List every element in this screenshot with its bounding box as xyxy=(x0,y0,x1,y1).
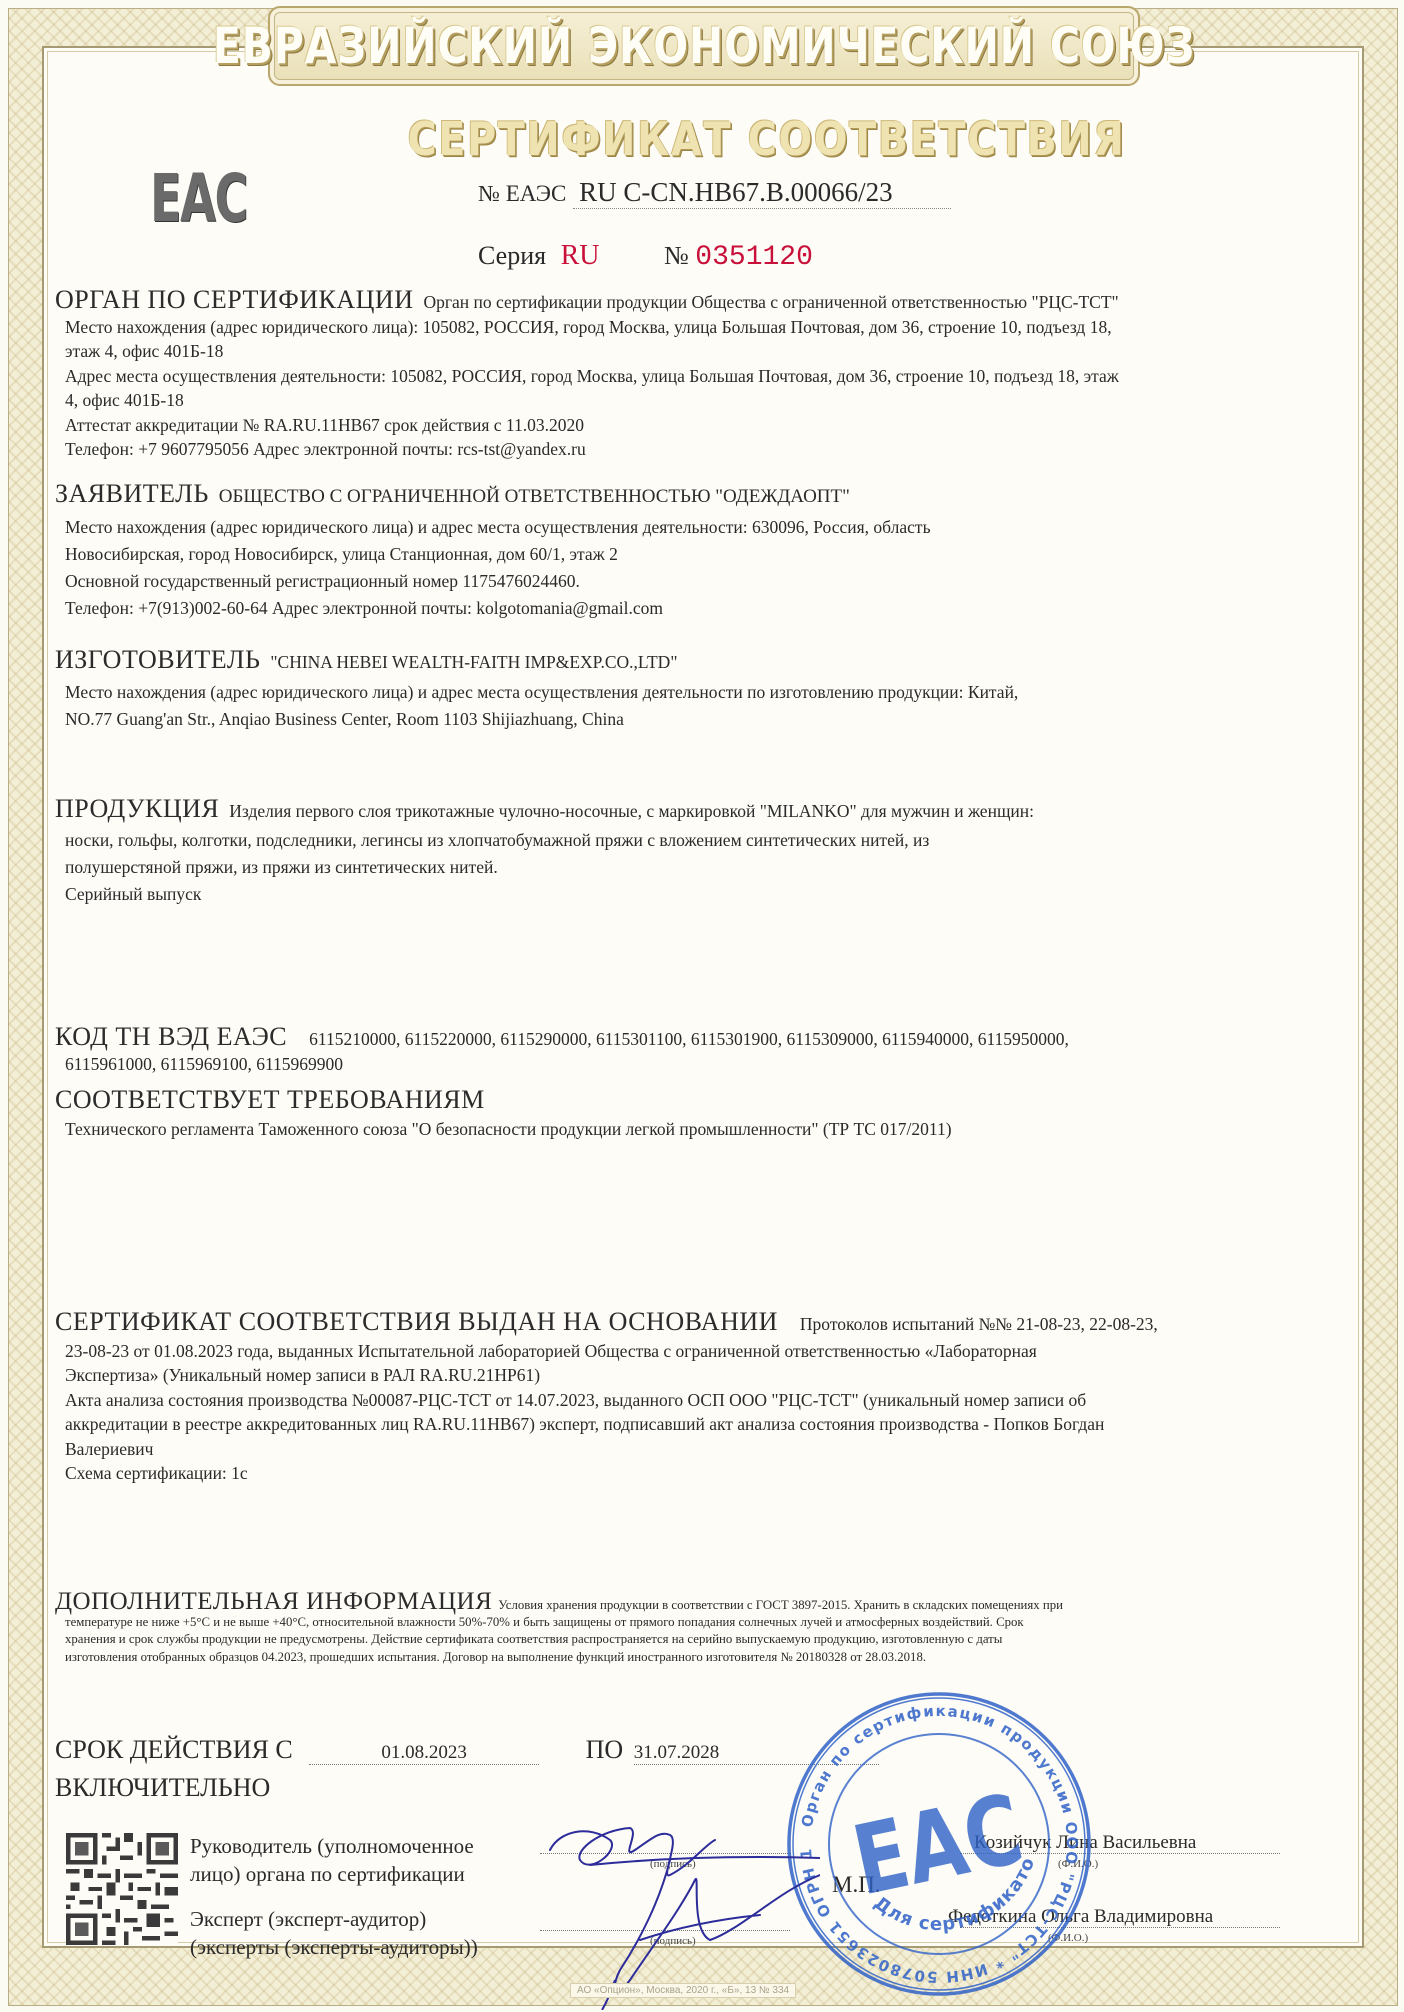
qr-code-icon xyxy=(66,1833,178,1945)
handwritten-signatures xyxy=(520,1820,820,2010)
basis-line: Экспертиза» (Уникальный номер записи в Р… xyxy=(55,1363,1345,1388)
requirements-text: Технического регламента Таможенного союз… xyxy=(55,1117,1345,1142)
section-heading: КОД ТН ВЭД ЕАЭС xyxy=(55,1022,287,1051)
registration-number-row: № ЕАЭС RU C-CN.HB67.B.00066/23 xyxy=(478,177,951,209)
expert-label: Эксперт (эксперт-аудитор) (эксперты (экс… xyxy=(190,1905,478,1961)
basis-line: Акта анализа состояния производства №000… xyxy=(55,1388,1345,1413)
section-product: ПРОДУКЦИЯИзделия первого слоя трикотажны… xyxy=(55,797,1345,908)
organ-line: этаж 4, офис 401Б-18 xyxy=(55,339,1345,364)
expert-label-line: (эксперты (эксперты-аудиторы)) xyxy=(190,1933,478,1961)
section-heading: ИЗГОТОВИТЕЛЬ xyxy=(55,645,260,674)
head-label-line: лицо) органа по сертификации xyxy=(190,1860,474,1888)
valid-to-label: ПО xyxy=(586,1735,624,1764)
validity-period: СРОК ДЕЙСТВИЯ С 01.08.2023 ПО 31.07.2028 xyxy=(55,1735,879,1765)
section-manufacturer: ИЗГОТОВИТЕЛЬ"CHINA HEBEI WEALTH-FAITH IM… xyxy=(55,648,1345,733)
section-heading: ПРОДУКЦИЯ xyxy=(55,794,219,823)
inclusive-label: ВКЛЮЧИТЕЛЬНО xyxy=(55,1773,270,1803)
organ-line: Место нахождения (адрес юридического лиц… xyxy=(55,315,1345,340)
section-heading: СООТВЕТСТВУЕТ ТРЕБОВАНИЯМ xyxy=(55,1088,1335,1113)
section-issued-on-basis: СЕРТИФИКАТ СООТВЕТСТВИЯ ВЫДАН НА ОСНОВАН… xyxy=(55,1310,1345,1486)
blank-number-label: № xyxy=(664,241,689,270)
organ-line: Адрес места осуществления деятельности: … xyxy=(55,364,1345,389)
basis-line: Валериевич xyxy=(55,1437,1345,1462)
section-requirements: СООТВЕТСТВУЕТ ТРЕБОВАНИЯМ Технического р… xyxy=(55,1088,1345,1141)
basis-line: 23-08-23 от 01.08.2023 года, выданных Ис… xyxy=(55,1339,1345,1364)
eac-logo-icon: ЕАС xyxy=(150,160,220,260)
organ-name: Орган по сертификации продукции Общества… xyxy=(423,292,1118,312)
series-row: Серия RU № 0351120 xyxy=(478,240,813,273)
section-heading: ДОПОЛНИТЕЛЬНАЯ ИНФОРМАЦИЯ xyxy=(55,1588,492,1615)
registration-number: RU C-CN.HB67.B.00066/23 xyxy=(573,177,951,209)
additional-text: Условия хранения продукции в соответстви… xyxy=(498,1598,1063,1612)
organ-line: 4, офис 401Б-18 xyxy=(55,388,1345,413)
head-of-body-label: Руководитель (уполномоченное лицо) орган… xyxy=(190,1832,474,1888)
product-line: носки, гольфы, колготки, подследники, ле… xyxy=(55,827,1345,854)
printer-imprint: АО «Опцион», Москва, 2020 г., «Б», 13 № … xyxy=(570,1983,796,1998)
applicant-line: Место нахождения (адрес юридического лиц… xyxy=(55,514,1345,541)
document-title: СЕРТИФИКАТ СООТВЕТСТВИЯ xyxy=(408,112,993,166)
section-tnved-codes: КОД ТН ВЭД ЕАЭС6115210000, 6115220000, 6… xyxy=(55,1025,1345,1076)
applicant-name: ОБЩЕСТВО С ОГРАНИЧЕННОЙ ОТВЕТСТВЕННОСТЬЮ… xyxy=(219,486,850,507)
manufacturer-name: "CHINA HEBEI WEALTH-FAITH IMP&EXP.CO.,LT… xyxy=(270,652,677,672)
union-title: ЕВРАЗИЙСКИЙ ЭКОНОМИЧЕСКИЙ СОЮЗ xyxy=(213,17,1195,75)
series-label: Серия xyxy=(478,241,546,270)
blank-number: 0351120 xyxy=(695,242,813,273)
head-label-line: Руководитель (уполномоченное xyxy=(190,1832,474,1860)
applicant-line: Телефон: +7(913)002-60-64 Адрес электрон… xyxy=(55,595,1345,622)
manufacturer-line: NO.77 Guang'an Str., Anqiao Business Cen… xyxy=(55,706,1345,733)
section-heading: СЕРТИФИКАТ СООТВЕТСТВИЯ ВЫДАН НА ОСНОВАН… xyxy=(55,1307,778,1336)
series-value: RU xyxy=(561,240,600,271)
applicant-line: Основной государственный регистрационный… xyxy=(55,568,1345,595)
basis-text: Протоколов испытаний №№ 21-08-23, 22-08-… xyxy=(800,1314,1158,1334)
applicant-line: Новосибирская, город Новосибирск, улица … xyxy=(55,541,1345,568)
organ-line: Телефон: +7 9607795056 Адрес электронной… xyxy=(55,437,1345,462)
additional-line: хранения и срок службы продукции не пред… xyxy=(55,1631,1345,1648)
certification-stamp: Орган по сертификации продукции ООО "РЦС… xyxy=(783,1688,1095,2000)
union-title-band: ЕВРАЗИЙСКИЙ ЭКОНОМИЧЕСКИЙ СОЮЗ xyxy=(268,6,1140,86)
additional-line: изготовления отобранных образцов 04.2023… xyxy=(55,1649,1345,1666)
tnved-codes: 6115210000, 6115220000, 6115290000, 6115… xyxy=(309,1029,1069,1049)
organ-line: Аттестат аккредитации № RA.RU.11HB67 сро… xyxy=(55,413,1345,438)
expert-label-line: Эксперт (эксперт-аудитор) xyxy=(190,1905,478,1933)
section-heading: ЗАЯВИТЕЛЬ xyxy=(55,479,209,508)
product-line: полушерстяной пряжи, из пряжи из синтети… xyxy=(55,854,1345,881)
tnved-codes: 6115961000, 6115969100, 6115969900 xyxy=(55,1052,1345,1077)
valid-from-date: 01.08.2023 xyxy=(309,1742,539,1765)
additional-line: температуре не ниже +5°С и не выше +40°С… xyxy=(55,1614,1345,1631)
section-applicant: ЗАЯВИТЕЛЬОБЩЕСТВО С ОГРАНИЧЕННОЙ ОТВЕТСТ… xyxy=(55,482,1345,622)
registration-label: № ЕАЭС xyxy=(478,181,566,206)
basis-line: аккредитации в реестре аккредитованных л… xyxy=(55,1412,1345,1437)
basis-line: Схема сертификации: 1с xyxy=(55,1461,1345,1486)
product-description: Изделия первого слоя трикотажные чулочно… xyxy=(229,801,1034,821)
section-additional-info: ДОПОЛНИТЕЛЬНАЯ ИНФОРМАЦИЯУсловия хранени… xyxy=(55,1593,1345,1666)
product-line: Серийный выпуск xyxy=(55,881,1345,908)
manufacturer-line: Место нахождения (адрес юридического лиц… xyxy=(55,679,1345,706)
valid-from-label: СРОК ДЕЙСТВИЯ С xyxy=(55,1735,293,1764)
section-heading: ОРГАН ПО СЕРТИФИКАЦИИ xyxy=(55,285,413,314)
section-certification-body: ОРГАН ПО СЕРТИФИКАЦИИОрган по сертификац… xyxy=(55,288,1345,462)
